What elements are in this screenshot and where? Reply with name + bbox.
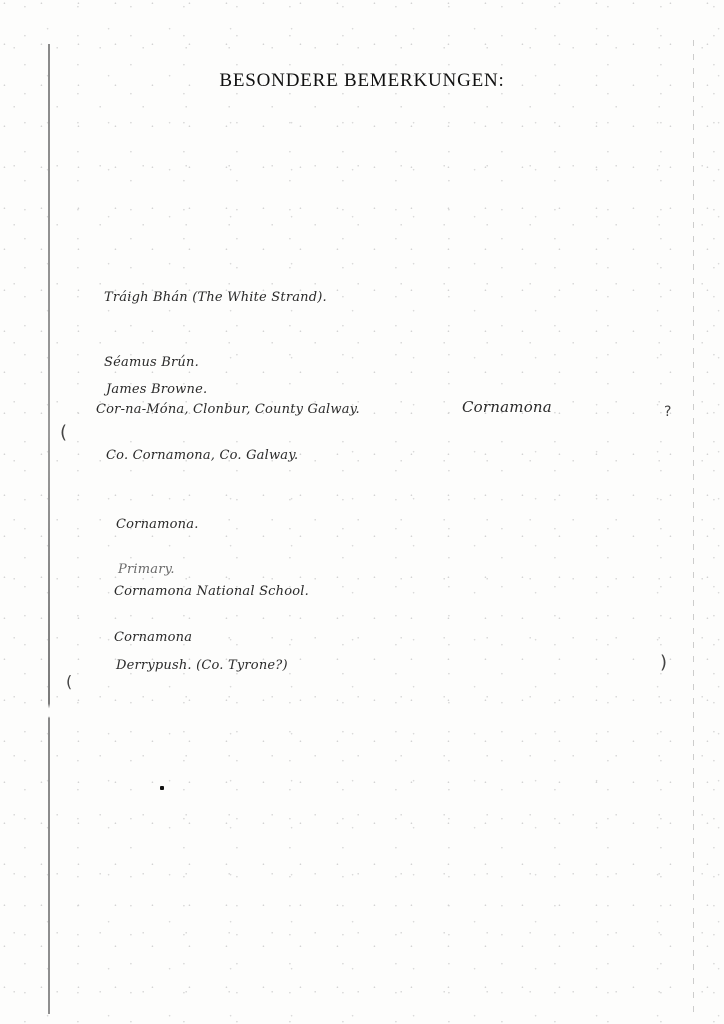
- bracket-mark-left-upper: (: [60, 422, 67, 443]
- left-margin-line: [48, 44, 50, 1014]
- paper-texture: [0, 0, 724, 1024]
- margin-note-cornamona: Cornamona: [462, 398, 552, 416]
- entry-school-name: Cornamona National School.: [114, 584, 309, 599]
- question-mark-right: ?: [664, 404, 671, 420]
- entry-parish: Co. Cornamona, Co. Galway.: [106, 448, 298, 463]
- page-heading: BESONDERE BEMERKUNGEN:: [0, 70, 724, 92]
- entry-place-irish: Tráigh Bhán (The White Strand).: [104, 290, 327, 305]
- entry-location: Cornamona: [114, 630, 192, 645]
- entry-derrypush: Derrypush. (Co. Tyrone?): [116, 658, 288, 673]
- entry-name-english: James Browne.: [106, 382, 207, 397]
- ink-dot: [160, 786, 164, 790]
- right-margin-line: [693, 40, 694, 1020]
- entry-school-type: Primary.: [118, 562, 175, 577]
- entry-townland: Cornamona.: [116, 517, 199, 532]
- bracket-mark-left-lower: (: [66, 672, 72, 691]
- entry-name-irish: Séamus Brún.: [104, 355, 199, 370]
- bracket-mark-right-lower: ): [660, 652, 667, 673]
- entry-address: Cor-na-Móna, Clonbur, County Galway.: [96, 402, 360, 417]
